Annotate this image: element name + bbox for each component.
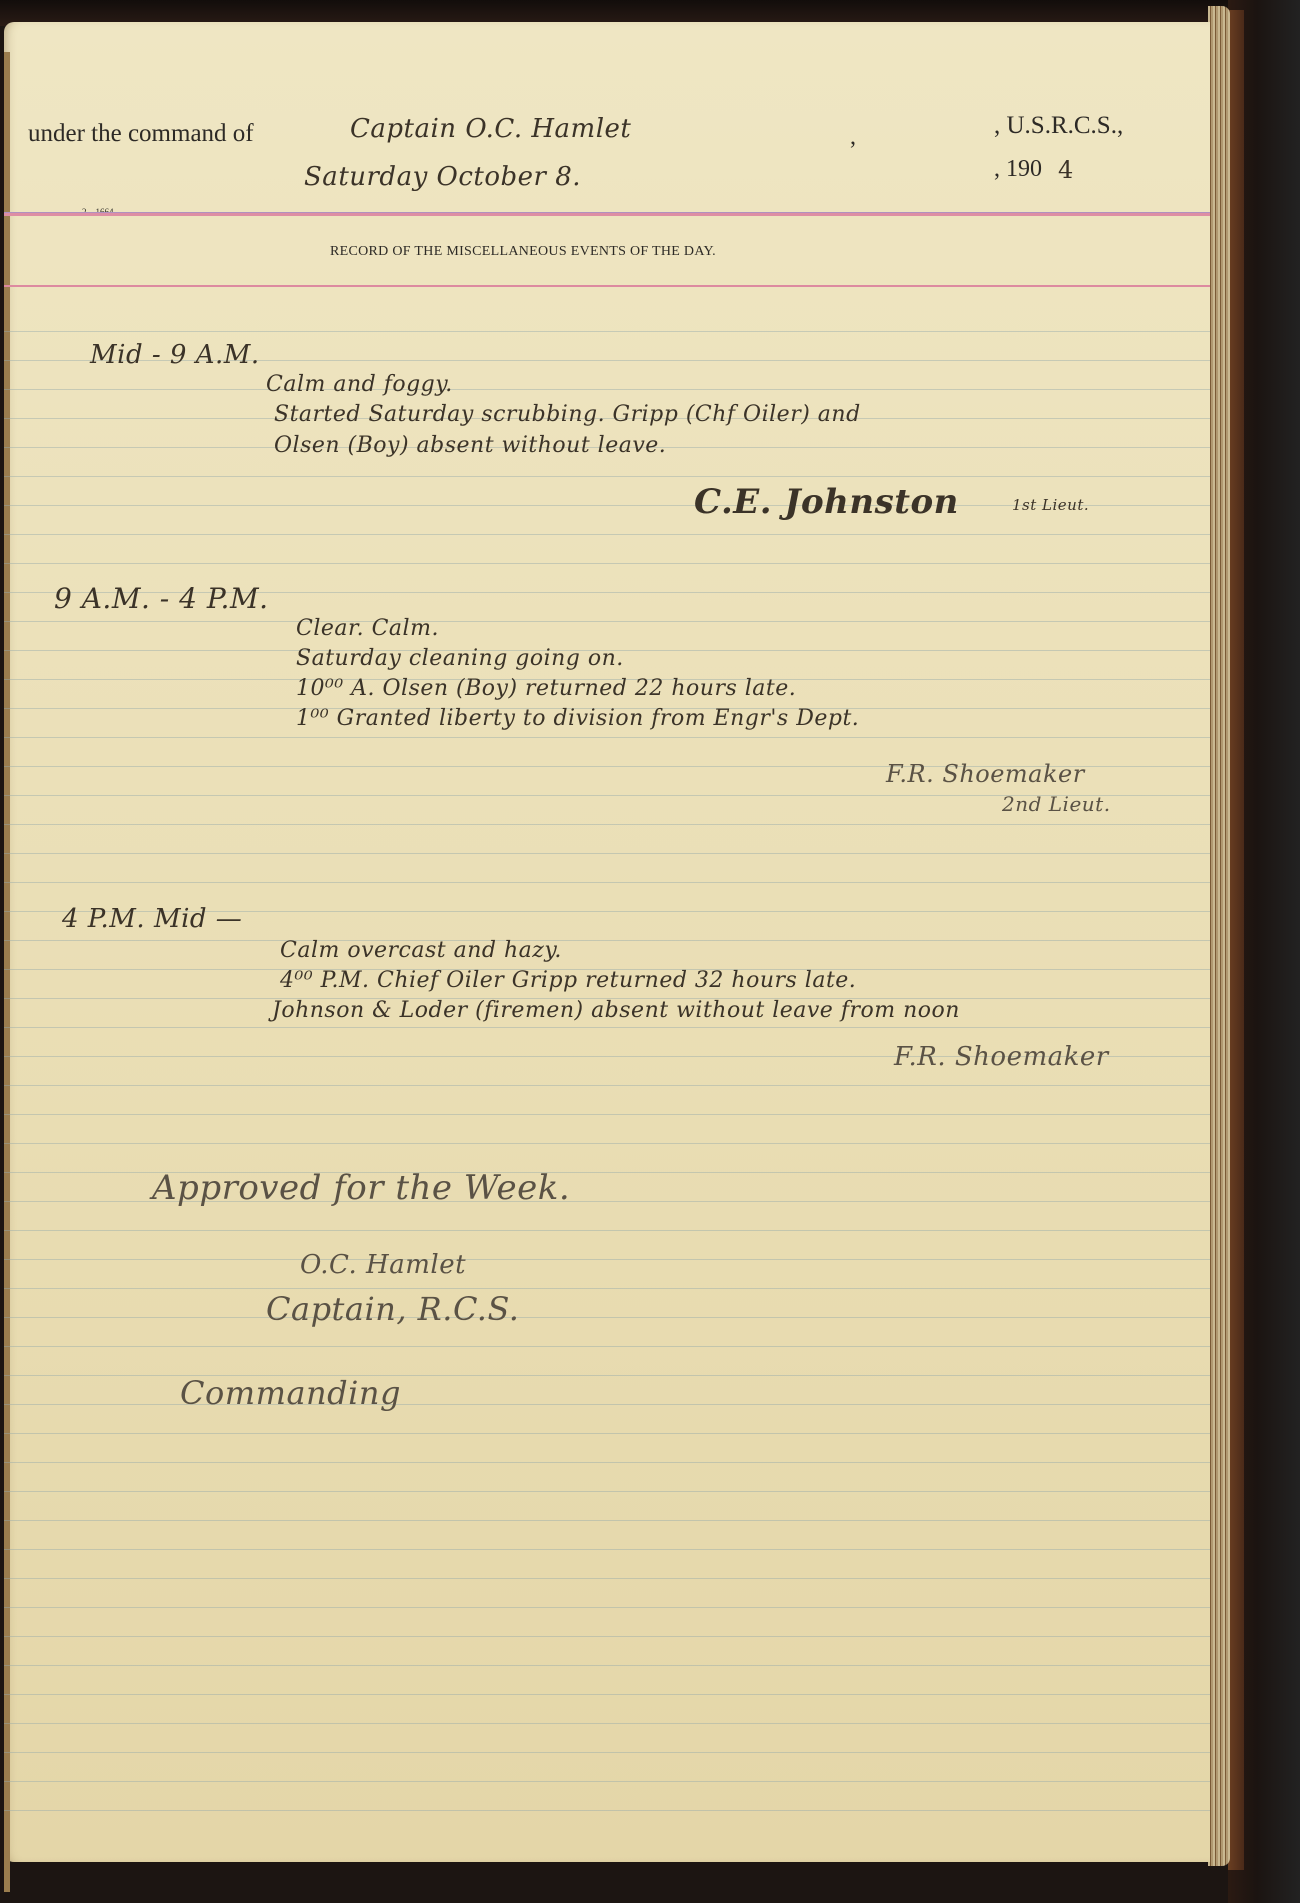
service-suffix: , U.S.R.C.S., <box>994 112 1123 140</box>
entry-line: 10⁰⁰ A. Olsen (Boy) returned 22 hours la… <box>296 676 796 701</box>
entry-line: 1⁰⁰ Granted liberty to division from Eng… <box>296 706 859 731</box>
watch-label: 9 A.M. - 4 P.M. <box>54 582 269 615</box>
entry-line: Olsen (Boy) absent without leave. <box>274 433 666 458</box>
entry-line: Johnson & Loder (firemen) absent without… <box>272 998 960 1023</box>
signature: C.E. Johnston <box>694 482 959 522</box>
comma-separator: , <box>850 124 856 151</box>
section-title: RECORD OF THE MISCELLANEOUS EVENTS OF TH… <box>330 244 716 260</box>
year-prefix: , 190 <box>994 156 1042 183</box>
page-stack-edges <box>1208 6 1230 1866</box>
approval-signature: O.C. Hamlet <box>300 1250 466 1280</box>
signature-rank: 1st Lieut. <box>1012 496 1089 514</box>
signature: F.R. Shoemaker <box>894 1042 1109 1072</box>
entry-line: Saturday cleaning going on. <box>296 646 624 671</box>
command-prefix: under the command of <box>28 120 254 148</box>
entry-date: Saturday October 8. <box>304 162 581 192</box>
entry-line: Clear. Calm. <box>296 616 439 641</box>
commander-name: Captain O.C. Hamlet <box>350 114 631 144</box>
signature: F.R. Shoemaker <box>886 760 1085 788</box>
entry-line: Calm and foggy. <box>266 372 453 397</box>
ledger-page: under the command of Captain O.C. Hamlet… <box>4 22 1210 1862</box>
watch-label: 4 P.M. Mid — <box>62 904 242 934</box>
entry-line: Started Saturday scrubbing. Gripp (Chf O… <box>274 402 861 427</box>
signature-rank: 2nd Lieut. <box>1002 792 1111 816</box>
year-digit: 4 <box>1058 156 1074 184</box>
watch-label: Mid - 9 A.M. <box>90 340 260 370</box>
entry-line: Calm overcast and hazy. <box>280 938 562 963</box>
approval-role: Commanding <box>180 1374 401 1412</box>
header-rule-top <box>4 212 1210 216</box>
entry-line: 4⁰⁰ P.M. Chief Oiler Gripp returned 32 h… <box>280 968 856 993</box>
approval-text: Approved for the Week. <box>152 1168 570 1208</box>
header-rule-bottom <box>4 285 1210 287</box>
approval-title: Captain, R.C.S. <box>266 1290 519 1328</box>
page-edge-shadow <box>1228 10 1244 1870</box>
